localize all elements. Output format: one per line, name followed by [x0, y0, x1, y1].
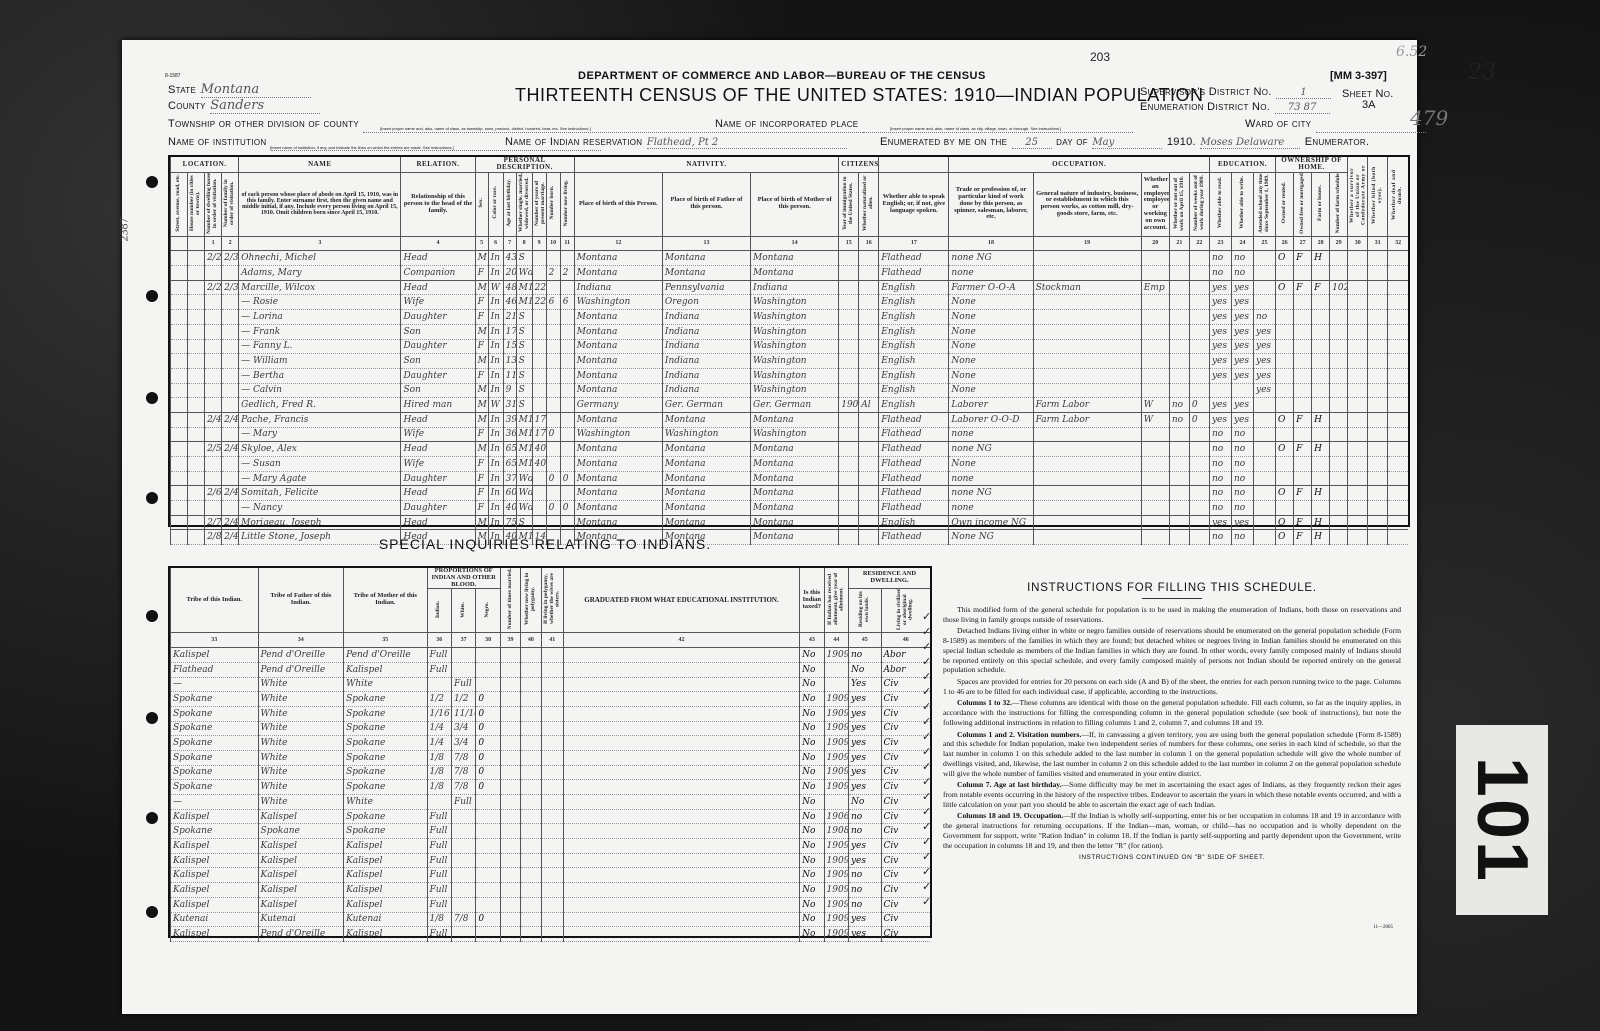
cell-mortgaged: F — [1294, 515, 1312, 530]
column-number: 42 — [563, 633, 799, 648]
cell-father: Spokane — [258, 824, 344, 839]
cell-mother-birth: Washington — [751, 427, 839, 442]
cell-born: 0 — [546, 471, 560, 486]
cell-taxed: No — [800, 721, 824, 736]
cell-age: 48 — [503, 280, 516, 295]
cell-father: Kalispel — [258, 883, 344, 898]
empty-cell — [1368, 471, 1388, 486]
punch-hole — [146, 492, 158, 504]
cell-indian: 1/8 — [427, 765, 451, 780]
cell-marital: Wd — [516, 486, 532, 501]
cell-mortgaged: F — [1294, 442, 1312, 457]
cell-name: — Lorina — [239, 310, 401, 325]
cell-living — [560, 339, 574, 354]
cell-out-work — [1169, 280, 1189, 295]
cell-schedule — [1330, 339, 1348, 354]
empty-cell — [1368, 324, 1388, 339]
cell-immig — [839, 383, 859, 398]
cell-name: Pache, Francis — [239, 412, 401, 427]
cell-immig — [839, 427, 859, 442]
cell-tribe: — — [171, 677, 259, 692]
cell-white — [451, 868, 475, 883]
cell-taxed: No — [800, 648, 824, 663]
header-deaf: Whether deaf and dumb. — [1388, 157, 1408, 236]
cell-negro: 0 — [476, 750, 500, 765]
cell-allot: 1909 — [824, 897, 848, 912]
cell-father-birth: Indiana — [662, 324, 750, 339]
cell-farm — [1312, 354, 1330, 369]
cell-race: In — [488, 324, 503, 339]
cell-race: In — [488, 486, 503, 501]
header-write: Whether able to write. — [1231, 172, 1253, 236]
table-row: — Fanny L.DaughterFIn15SMontanaIndianaWa… — [171, 339, 1409, 354]
margin-note: 6.52 — [1396, 44, 1427, 60]
day-of-label: day of — [1056, 136, 1088, 148]
cell-family — [222, 383, 239, 398]
cell-taxed: No — [800, 736, 824, 751]
cell-taxed: No — [800, 853, 824, 868]
header-family-number: Number of family in order of visitation. — [222, 172, 239, 236]
cell-owned: O — [1276, 515, 1294, 530]
cell-weeks — [1189, 457, 1209, 472]
cell-weeks — [1189, 295, 1209, 310]
header-wives-sisters: If living in polygamy, whether the wives… — [541, 568, 563, 633]
column-number: 32 — [1388, 236, 1408, 251]
cell-tribe: Spokane — [171, 692, 259, 707]
header-taxed: Is this Indian taxed? — [800, 568, 824, 633]
cell-read: yes — [1209, 412, 1231, 427]
cell-dwelling — [205, 368, 222, 383]
instructions-paragraph: Spaces are provided for entries for 20 p… — [943, 677, 1401, 696]
cell-married — [500, 897, 520, 912]
cell-negro — [476, 662, 500, 677]
enumeration-value: 73 87 — [1275, 102, 1330, 114]
cell-relation: Wife — [401, 295, 475, 310]
cell-father-birth: Montana — [662, 251, 750, 266]
cell-marital: M1 — [516, 427, 532, 442]
cell-allot: 1909 — [824, 780, 848, 795]
column-number: 24 — [1231, 236, 1253, 251]
cell-marital: Wd — [516, 471, 532, 486]
cell-own-land: yes — [848, 912, 881, 927]
cell-living — [560, 515, 574, 530]
cell-mortgaged: F — [1294, 530, 1312, 545]
cell-tribe: Spokane — [171, 824, 259, 839]
cell-mother: Kalispel — [344, 927, 427, 942]
empty-cell — [1348, 427, 1368, 442]
cell-polygamy — [521, 692, 541, 707]
table-row: — Mary AgateDaughterFIn37Wd00MontanaMont… — [171, 471, 1409, 486]
county-value: Sanders — [210, 98, 320, 114]
cell-birth: Washington — [574, 427, 662, 442]
cell-allot: 1909 — [824, 706, 848, 721]
cell-living — [560, 442, 574, 457]
empty-cell — [188, 310, 205, 325]
page-number-stamp: 101 — [1456, 725, 1548, 915]
cell-family: 2/41 — [222, 442, 239, 457]
cell-tribe: Kalispel — [171, 853, 259, 868]
cell-sisters — [541, 883, 563, 898]
header-own-lands: Residing on his own lands. — [848, 589, 881, 633]
cell-out-work — [1169, 339, 1189, 354]
cell-own-land: yes — [848, 750, 881, 765]
cell-mother-birth: Washington — [751, 339, 839, 354]
cell-white: Full — [451, 677, 475, 692]
header-relation: Relationship of this person to the head … — [401, 172, 475, 236]
cell-schedule — [1330, 471, 1348, 486]
cell-indian: 1/8 — [427, 780, 451, 795]
cell-language: English — [879, 339, 949, 354]
divider — [1142, 598, 1202, 599]
cell-born: 6 — [546, 295, 560, 310]
cell-employer — [1141, 251, 1169, 266]
empty-cell — [1368, 266, 1388, 281]
cell-language: Flathead — [879, 486, 949, 501]
cell-trade: None — [949, 383, 1033, 398]
cell-trade: none — [949, 501, 1033, 516]
cell-weeks — [1189, 266, 1209, 281]
column-number: 20 — [1141, 236, 1169, 251]
cell-age: 36 — [503, 427, 516, 442]
cell-allot: 1909 — [824, 721, 848, 736]
check-mark-icon: ✓ — [922, 835, 936, 850]
cell-family — [222, 398, 239, 413]
cell-own-land: yes — [848, 853, 881, 868]
cell-sisters — [541, 897, 563, 912]
cell-relation: Hired man — [401, 398, 475, 413]
cell-allot — [824, 677, 848, 692]
cell-write: yes — [1231, 368, 1253, 383]
cell-industry — [1033, 383, 1141, 398]
cell-mother-birth: Montana — [751, 501, 839, 516]
cell-trade: Farmer O-O-A — [949, 280, 1033, 295]
header-trade: Trade or profession of, or particular ki… — [949, 172, 1033, 236]
column-number: 21 — [1169, 236, 1189, 251]
cell-graduated — [563, 795, 799, 810]
header-house-number: House number (in cities or towns). — [188, 172, 205, 236]
cell-read: no — [1209, 442, 1231, 457]
empty-cell — [1368, 310, 1388, 325]
cell-name: Adams, Mary — [239, 266, 401, 281]
header-name: of each person whose place of abode on A… — [239, 172, 401, 236]
cell-sex: F — [475, 368, 488, 383]
cell-write: no — [1231, 457, 1253, 472]
cell-owned — [1276, 324, 1294, 339]
cell-polygamy — [521, 839, 541, 854]
cell-language: English — [879, 515, 949, 530]
cell-mother: Spokane — [344, 706, 427, 721]
cell-relation: Daughter — [401, 501, 475, 516]
cell-mortgaged — [1294, 427, 1312, 442]
cell-married — [500, 780, 520, 795]
check-mark-icon: ✓ — [922, 895, 936, 910]
cell-dwelling — [205, 266, 222, 281]
cell-negro: 0 — [476, 706, 500, 721]
cell-born — [546, 383, 560, 398]
cell-race: In — [488, 457, 503, 472]
cell-married — [500, 736, 520, 751]
cell-mother-birth: Washington — [751, 310, 839, 325]
cell-natz — [859, 266, 879, 281]
margin-note: 23 — [1468, 60, 1496, 85]
cell-family — [222, 310, 239, 325]
table-row: FlatheadPend d'OreilleKalispelFullNoNoAb… — [171, 662, 931, 677]
empty-cell — [1388, 266, 1408, 281]
check-mark-icon: ✓ — [922, 880, 936, 895]
cell-married — [500, 912, 520, 927]
cell-mother: Kalispel — [344, 897, 427, 912]
cell-own-land: yes — [848, 927, 881, 942]
empty-cell — [1388, 398, 1408, 413]
table-row: SpokaneSpokaneSpokaneFullNo1908noCiv — [171, 824, 931, 839]
cell-yrs-married: 22 — [532, 295, 546, 310]
cell-school — [1254, 486, 1276, 501]
empty-cell — [1388, 442, 1408, 457]
cell-birth: Montana — [574, 266, 662, 281]
cell-father: Kalispel — [258, 853, 344, 868]
cell-weeks — [1189, 354, 1209, 369]
cell-read: yes — [1209, 368, 1231, 383]
month-value: May — [1092, 137, 1162, 149]
instructions-continued: INSTRUCTIONS CONTINUED ON "B" SIDE OF SH… — [937, 854, 1407, 861]
township-note: [Insert proper name and, also, name of c… — [380, 126, 680, 131]
column-number: 1 — [205, 236, 222, 251]
column-number: 43 — [800, 633, 824, 648]
cell-schedule — [1330, 310, 1348, 325]
cell-polygamy — [521, 750, 541, 765]
line-number — [171, 339, 188, 354]
cell-school: yes — [1254, 339, 1276, 354]
cell-out-work — [1169, 515, 1189, 530]
table-row: — WilliamSonMIn13SMontanaIndianaWashingt… — [171, 354, 1409, 369]
empty-cell — [1388, 530, 1408, 545]
cell-industry: Farm Labor — [1033, 398, 1141, 413]
cell-sex: F — [475, 471, 488, 486]
cell-tribe: Kalispel — [171, 897, 259, 912]
column-number: 40 — [521, 633, 541, 648]
cell-mortgaged — [1294, 295, 1312, 310]
page-stamp-top: 203 — [1090, 50, 1110, 64]
cell-weeks: 0 — [1189, 412, 1209, 427]
header-color: Color or race. — [488, 172, 503, 236]
cell-family — [222, 324, 239, 339]
cell-write: no — [1231, 442, 1253, 457]
cell-own-land: yes — [848, 780, 881, 795]
cell-father: Pend d'Oreille — [258, 648, 344, 663]
cell-natz — [859, 295, 879, 310]
cell-school — [1254, 266, 1276, 281]
cell-mortgaged — [1294, 324, 1312, 339]
table-row: — BerthaDaughterFIn11SMontanaIndianaWash… — [171, 368, 1409, 383]
cell-graduated — [563, 853, 799, 868]
cell-dwelling — [205, 295, 222, 310]
cell-relation: Wife — [401, 457, 475, 472]
cell-white — [451, 853, 475, 868]
cell-mother: Spokane — [344, 780, 427, 795]
line-number — [171, 295, 188, 310]
cell-mother-birth: Washington — [751, 354, 839, 369]
cell-mother-birth: Washington — [751, 324, 839, 339]
table-row: KalispelPend d'OreillePend d'OreilleFull… — [171, 648, 931, 663]
column-number: 39 — [500, 633, 520, 648]
header-sex: Sex. — [475, 172, 488, 236]
column-number: 19 — [1033, 236, 1141, 251]
header-out-of-work: Whether or not out of work on April 15, … — [1169, 172, 1189, 236]
cell-sex: M — [475, 398, 488, 413]
cell-name: Gedlich, Fred R. — [239, 398, 401, 413]
cell-yrs-married — [532, 383, 546, 398]
check-mark-icon: ✓ — [922, 700, 936, 715]
cell-out-work — [1169, 486, 1189, 501]
cell-white — [451, 927, 475, 942]
empty-cell — [188, 486, 205, 501]
cell-name: Ohnechi, Michel — [239, 251, 401, 266]
cell-tribe: Flathead — [171, 662, 259, 677]
cell-father-birth: Montana — [662, 266, 750, 281]
cell-family: 2/43 — [222, 515, 239, 530]
column-number: 30 — [1348, 236, 1368, 251]
header-children-born: Number born. — [546, 172, 560, 236]
cell-own-land: yes — [848, 765, 881, 780]
cell-marital: S — [516, 383, 532, 398]
cell-sisters — [541, 736, 563, 751]
table-row: KutenaiKutenaiKutenai1/87/80No1909yesCiv — [171, 912, 931, 927]
cell-own-land: yes — [848, 721, 881, 736]
empty-cell — [188, 251, 205, 266]
header-dwelling-number: Number of dwelling house in order of vis… — [205, 172, 222, 236]
cell-immig — [839, 295, 859, 310]
special-inquiries-title: SPECIAL INQUIRIES RELATING TO INDIANS. — [170, 536, 920, 552]
cell-marital: S — [516, 398, 532, 413]
empty-cell — [188, 324, 205, 339]
cell-name: — Calvin — [239, 383, 401, 398]
cell-owned — [1276, 310, 1294, 325]
empty-cell — [1348, 280, 1368, 295]
instructions-paragraph: Detached Indians living either in white … — [943, 626, 1401, 675]
header-employer: Whether an employer, employee, or workin… — [1141, 172, 1169, 236]
cell-out-work — [1169, 442, 1189, 457]
cell-farm — [1312, 398, 1330, 413]
cell-name: — Rosie — [239, 295, 401, 310]
punch-hole — [146, 610, 158, 622]
cell-own-land: no — [848, 883, 881, 898]
cell-allot: 1909 — [824, 868, 848, 883]
cell-owned: O — [1276, 530, 1294, 545]
cell-language: English — [879, 324, 949, 339]
cell-marital: S — [516, 251, 532, 266]
cell-own-land: No — [848, 662, 881, 677]
cell-allot: 1909 — [824, 692, 848, 707]
cell-schedule — [1330, 251, 1348, 266]
cell-own-land: No — [848, 795, 881, 810]
empty-cell — [1368, 427, 1388, 442]
empty-cell — [1348, 251, 1368, 266]
header-age: Age at last birthday. — [503, 172, 516, 236]
table-row: SpokaneWhiteSpokane1/87/80No1909yesCiv — [171, 750, 931, 765]
cell-language: Flathead — [879, 427, 949, 442]
cell-owned — [1276, 501, 1294, 516]
table-row: 2/222/39Marcille, WilcoxHeadMW48M122Indi… — [171, 280, 1409, 295]
cell-sisters — [541, 795, 563, 810]
cell-yrs-married — [532, 471, 546, 486]
cell-schedule — [1330, 427, 1348, 442]
cell-marital: M1 — [516, 442, 532, 457]
column-number: 25 — [1254, 236, 1276, 251]
column-number: 36 — [427, 633, 451, 648]
cell-white: 7/8 — [451, 780, 475, 795]
cell-white — [451, 824, 475, 839]
cell-sisters — [541, 839, 563, 854]
enumerated-label: Enumerated by me on the — [880, 136, 1007, 148]
group-occupation: OCCUPATION. — [949, 157, 1210, 172]
check-mark-icon: ✓ — [922, 790, 936, 805]
header-read: Whether able to read. — [1209, 172, 1231, 236]
cell-trade: None — [949, 457, 1033, 472]
cell-married — [500, 927, 520, 942]
cell-tribe: Kalispel — [171, 883, 259, 898]
cell-polygamy — [521, 927, 541, 942]
cell-living — [560, 383, 574, 398]
cell-relation: Head — [401, 412, 475, 427]
cell-race: In — [488, 471, 503, 486]
cell-schedule — [1330, 354, 1348, 369]
table-row: KalispelKalispelSpokaneFullNo1906noCiv — [171, 809, 931, 824]
cell-own-land: no — [848, 868, 881, 883]
header-school: Attended school any time since September… — [1254, 172, 1276, 236]
header-birth-mother: Place of birth of Mother of this person. — [751, 172, 839, 236]
group-nativity: NATIVITY. — [574, 157, 838, 172]
cell-natz — [859, 471, 879, 486]
cell-sisters — [541, 809, 563, 824]
cell-trade: None — [949, 324, 1033, 339]
cell-farm — [1312, 383, 1330, 398]
cell-negro: 0 — [476, 736, 500, 751]
cell-industry — [1033, 354, 1141, 369]
ward-field: Ward of city — [1245, 114, 1426, 133]
institution-note: [Insert name of institution, if any, and… — [270, 145, 454, 150]
cell-industry — [1033, 368, 1141, 383]
cell-birth: Washington — [574, 295, 662, 310]
cell-birth: Montana — [574, 471, 662, 486]
cell-age: 15 — [503, 339, 516, 354]
cell-yrs-married: 17 — [532, 412, 546, 427]
cell-immig — [839, 310, 859, 325]
cell-sex: M — [475, 251, 488, 266]
empty-cell — [188, 354, 205, 369]
check-mark-icon: ✓ — [922, 640, 936, 655]
cell-birth: Montana — [574, 442, 662, 457]
punch-hole — [146, 290, 158, 302]
cell-weeks: 0 — [1189, 398, 1209, 413]
cell-living — [560, 354, 574, 369]
group-location: LOCATION. — [171, 157, 239, 172]
cell-read: no — [1209, 471, 1231, 486]
empty-cell — [1388, 368, 1408, 383]
cell-employer — [1141, 471, 1169, 486]
header-tribe-father: Tribe of Father of this Indian. — [258, 568, 344, 633]
cell-born — [546, 486, 560, 501]
cell-negro: 0 — [476, 765, 500, 780]
empty-cell — [1388, 324, 1408, 339]
table-row: SpokaneWhiteSpokane1/43/40No1909yesCiv — [171, 736, 931, 751]
table-row: — FrankSonMIn17SMontanaIndianaWashington… — [171, 324, 1409, 339]
enumerator-label: Enumerator. — [1305, 136, 1370, 148]
cell-schedule — [1330, 412, 1348, 427]
cell-mother: White — [344, 677, 427, 692]
header-mortgaged: Owned free or mortgaged. — [1294, 172, 1312, 236]
cell-tribe: Spokane — [171, 765, 259, 780]
cell-farm — [1312, 368, 1330, 383]
